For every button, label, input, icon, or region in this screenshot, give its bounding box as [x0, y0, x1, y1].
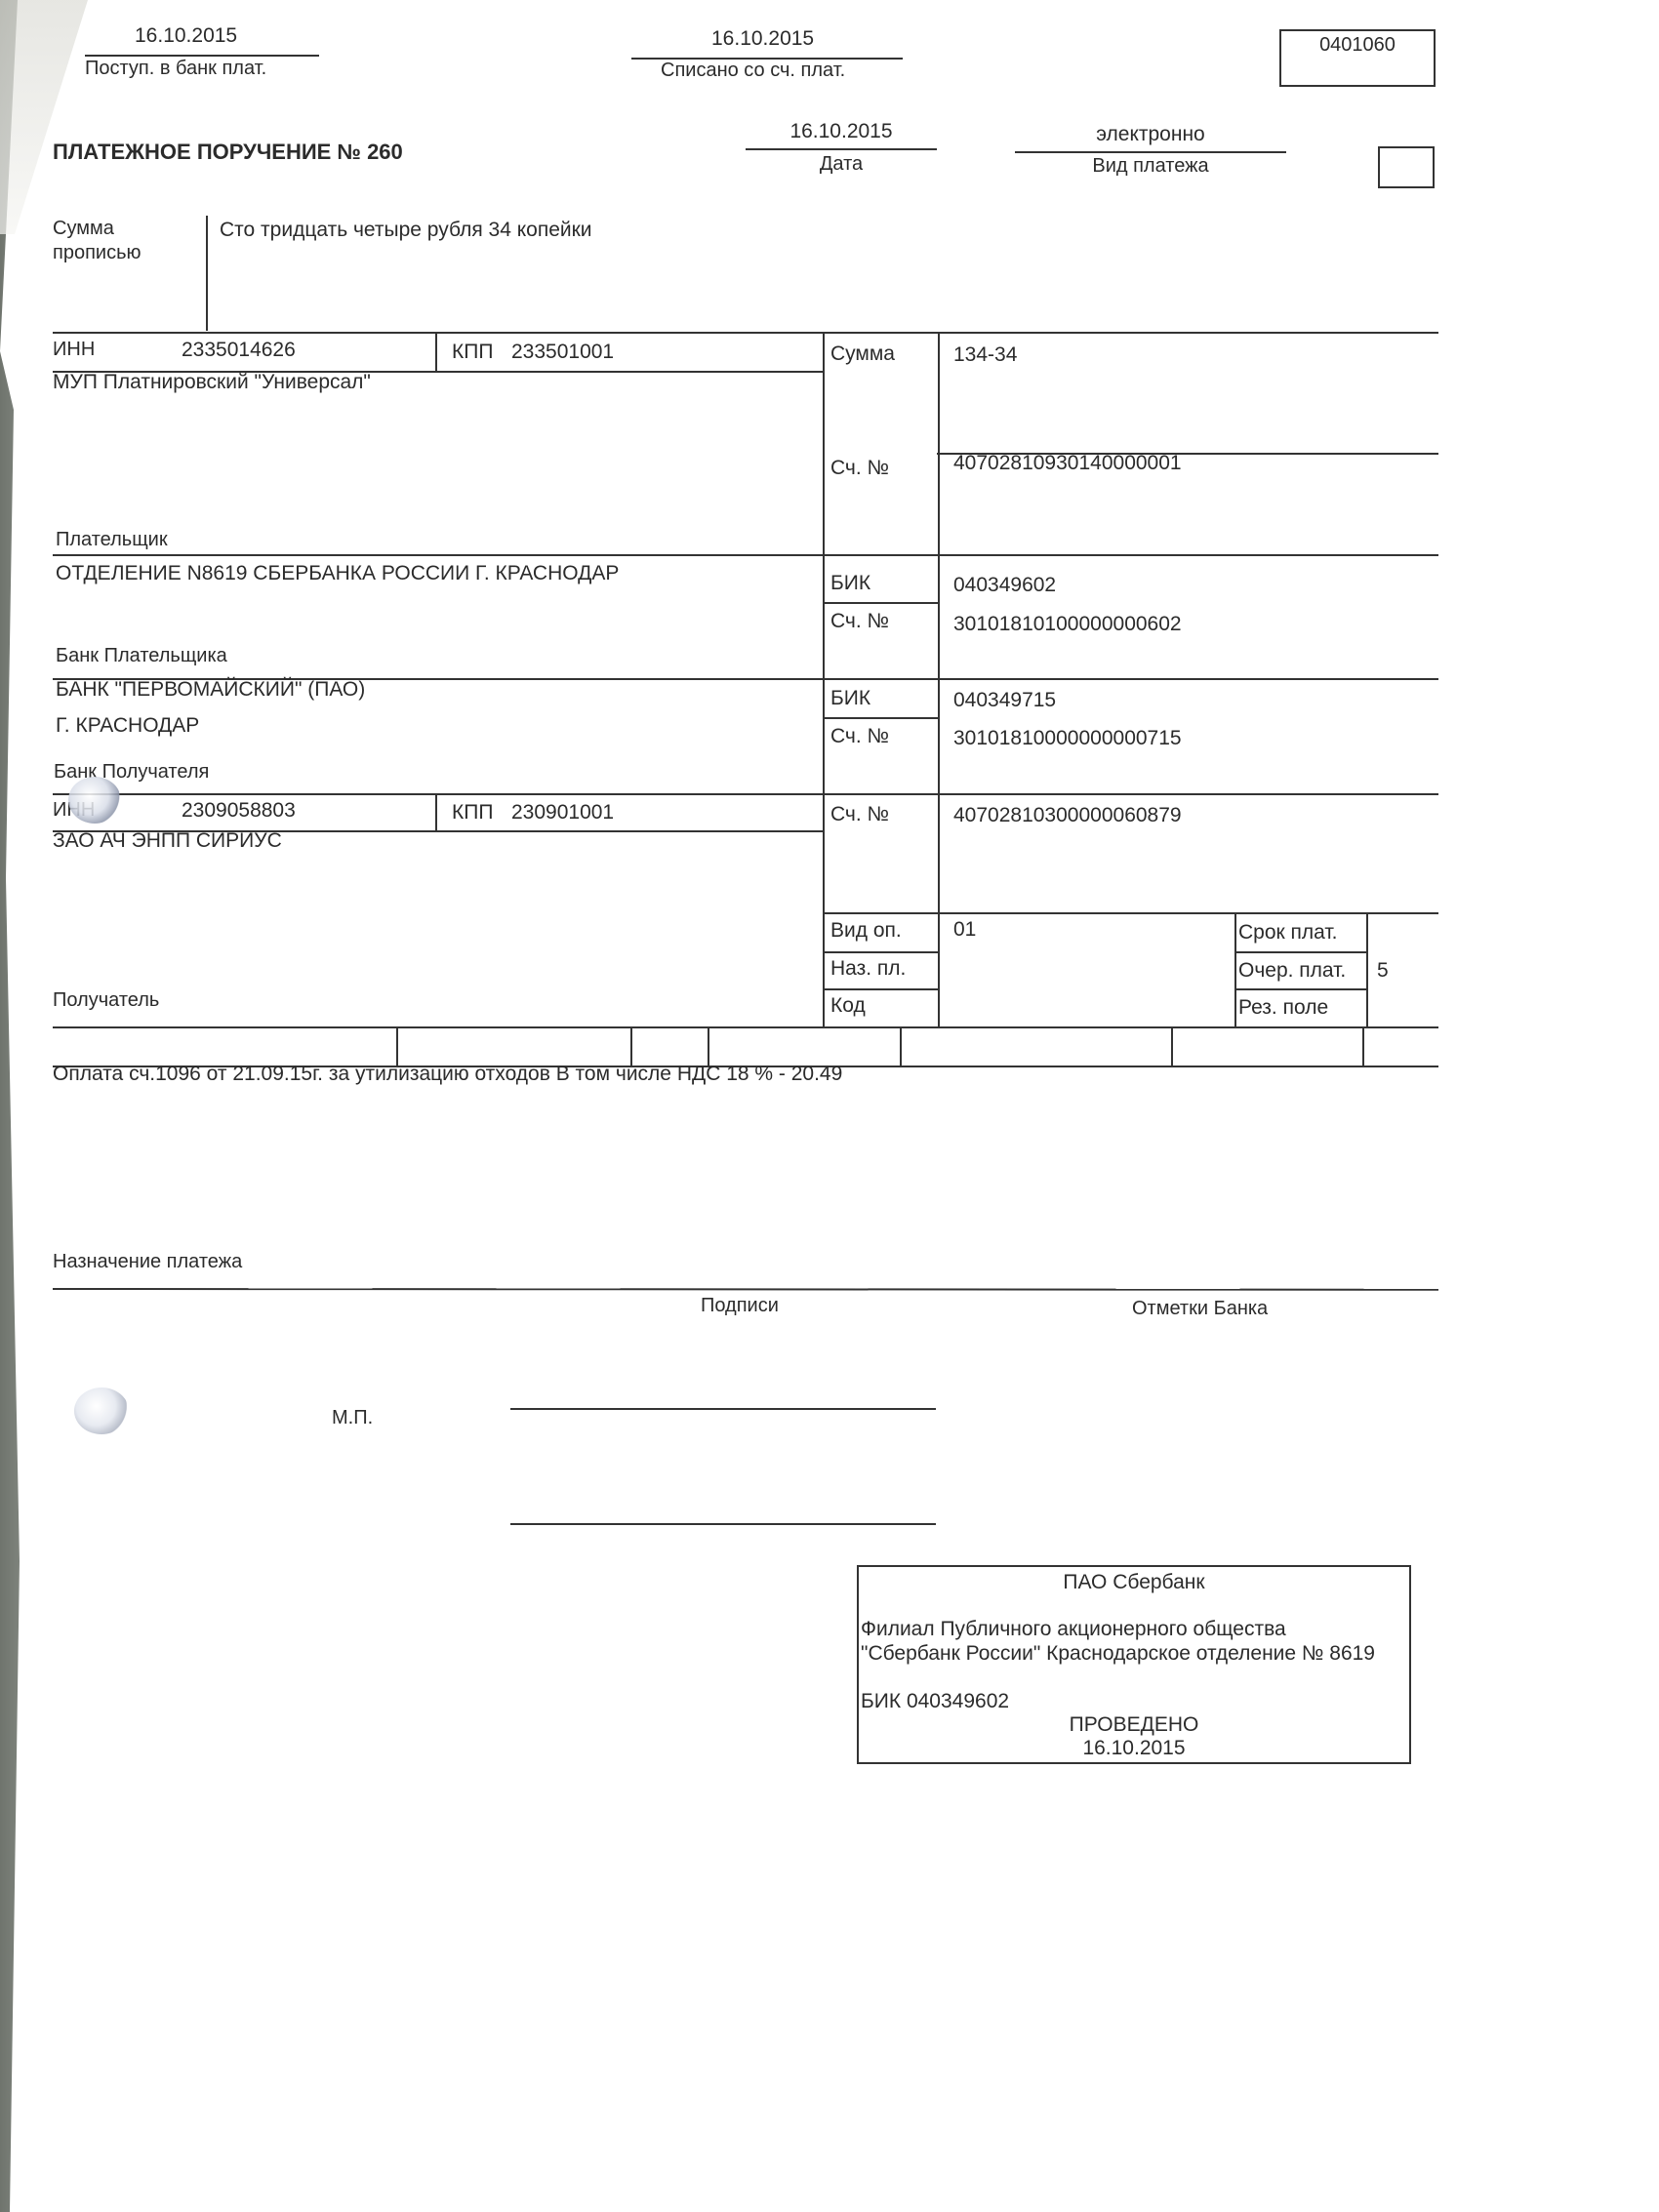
vline-labels-right [938, 332, 940, 1026]
purpose-label: Назначение платежа [53, 1252, 242, 1271]
stamp-line-1: Филиал Публичного акционерного общества [859, 1618, 1409, 1641]
payer-kpp: 233501001 [511, 342, 614, 362]
stamp-line-2: "Сбербанк России" Краснодарское отделени… [859, 1642, 1409, 1666]
reserve-label: Рез. поле [1238, 997, 1328, 1018]
vline-tax-6 [1362, 1026, 1364, 1066]
debited-label: Списано со сч. плат. [661, 60, 845, 80]
grid-line-priority [1234, 988, 1366, 990]
payer-bank-section-label: Банк Плательщика [56, 646, 227, 665]
grid-line-top [53, 332, 1438, 334]
payer-inn-label: ИНН [53, 340, 95, 359]
amount-value: 134-34 [953, 344, 1017, 365]
document-date-label: Дата [746, 154, 937, 174]
payee-bank-section-label: Банк Получателя [54, 762, 209, 782]
scan-smudge-artifact [74, 1388, 129, 1434]
payer-bank-account: 30101810100000000602 [953, 614, 1182, 634]
payee-bank-account: 30101810000000000715 [953, 728, 1182, 748]
payment-type-label: Вид платежа [1015, 156, 1286, 176]
grid-line-op1 [823, 951, 938, 953]
vline-tax-2 [630, 1026, 632, 1066]
vline-payee-kpp [435, 793, 437, 830]
scan-fold-corner [0, 0, 88, 234]
scan-edge-shadow [0, 0, 59, 2212]
page-title: ПЛАТЕЖНОЕ ПОРУЧЕНИЕ № 260 [53, 141, 403, 163]
amount-words-label-2: прописью [53, 243, 142, 262]
grid-line-bik1 [823, 602, 938, 604]
payment-type-line [1015, 151, 1286, 153]
payer-kpp-label: КПП [452, 342, 493, 362]
payer-bank-bik: 040349602 [953, 575, 1056, 595]
payee-kpp: 230901001 [511, 802, 614, 823]
received-date: 16.10.2015 [135, 25, 237, 46]
stamp-date: 16.10.2015 [859, 1737, 1409, 1760]
grid-line-bottom [53, 1026, 1438, 1028]
grid-line-payer [53, 554, 1438, 556]
payer-account: 40702810930140000001 [953, 453, 1182, 473]
scan-smudge-artifact [68, 777, 121, 824]
payee-name: ЗАО АЧ ЭНПП СИРИУС [53, 830, 282, 851]
vline-payer-kpp [435, 332, 437, 371]
bank-stamp: ПАО Сбербанк Филиал Публичного акционерн… [857, 1565, 1411, 1764]
form-code-box: 0401060 [1279, 29, 1436, 87]
payee-bank-account-label: Сч. № [830, 726, 889, 746]
signatures-label: Подписи [701, 1296, 779, 1315]
code-label: Код [830, 995, 866, 1016]
payer-account-label: Сч. № [830, 458, 889, 478]
grid-line-payee-bank [53, 793, 1438, 795]
grid-line-bik2 [823, 717, 938, 719]
grid-line-opfields [823, 912, 1438, 914]
op-type-label: Вид оп. [830, 920, 902, 941]
vline-tax-3 [708, 1026, 709, 1066]
document-date-line [746, 148, 937, 150]
payee-kpp-label: КПП [452, 802, 493, 823]
vline-due-right [1366, 912, 1368, 1026]
seal-label: М.П. [332, 1408, 373, 1428]
purpose-code-label: Наз. пл. [830, 958, 906, 979]
payer-section-label: Плательщик [56, 530, 168, 549]
op-type: 01 [953, 919, 976, 940]
due-label: Срок плат. [1238, 922, 1338, 943]
document-date: 16.10.2015 [746, 121, 937, 141]
amount-words-value: Сто тридцать четыре рубля 34 копейки [220, 220, 592, 240]
bank-marks-label: Отметки Банка [1132, 1299, 1268, 1318]
stamp-bik: БИК 040349602 [859, 1690, 1409, 1713]
payer-bank-account-label: Сч. № [830, 611, 889, 631]
purpose-text: Оплата сч.1096 от 21.09.15г. за утилизац… [53, 1064, 842, 1084]
payee-bank-bik: 040349715 [953, 690, 1056, 710]
stamp-bank: ПАО Сбербанк [859, 1571, 1409, 1594]
payer-inn: 2335014626 [182, 340, 296, 360]
payee-bank-name-1: БАНК "ПЕРВОМАЙСКИЙ" (ПАО) [56, 679, 365, 700]
payee-inn: 2309058803 [182, 800, 296, 821]
payer-bank-name: ОТДЕЛЕНИЕ N8619 СБЕРБАНКА РОССИИ Г. КРАС… [56, 563, 619, 583]
stamp-status: ПРОВЕДЕНО [859, 1713, 1409, 1737]
payer-name: МУП Платнировский "Универсал" [53, 372, 371, 392]
payer-bank-bik-label: БИК [830, 573, 870, 593]
payee-bank-bik-label: БИК [830, 688, 870, 708]
signature-line-2 [510, 1523, 936, 1525]
vline-tax-5 [1171, 1026, 1173, 1066]
amount-label: Сумма [830, 343, 895, 364]
purpose-line [53, 1288, 1438, 1291]
grid-line-op2 [823, 988, 938, 990]
vline-due-left [1234, 912, 1236, 1026]
priority-label: Очер. плат. [1238, 960, 1346, 981]
payee-bank-name-2: Г. КРАСНОДАР [56, 715, 199, 736]
received-label: Поступ. в банк плат. [85, 59, 266, 78]
form-code: 0401060 [1281, 35, 1434, 55]
status-code-box [1378, 146, 1435, 188]
grid-line-due [1234, 951, 1366, 953]
amount-words-divider [206, 216, 208, 331]
payee-account: 40702810300000060879 [953, 805, 1182, 825]
vline-tax-1 [396, 1026, 398, 1066]
signature-line-1 [510, 1408, 936, 1410]
payee-section-label: Получатель [53, 990, 159, 1010]
priority-value: 5 [1377, 960, 1389, 981]
vline-tax-4 [900, 1026, 902, 1066]
payment-type: электронно [1015, 124, 1286, 144]
amount-words-label-1: Сумма [53, 219, 114, 238]
received-date-line [85, 55, 319, 57]
debited-date: 16.10.2015 [711, 28, 814, 49]
vline-labels-left [823, 332, 825, 1026]
payee-account-label: Сч. № [830, 804, 889, 824]
